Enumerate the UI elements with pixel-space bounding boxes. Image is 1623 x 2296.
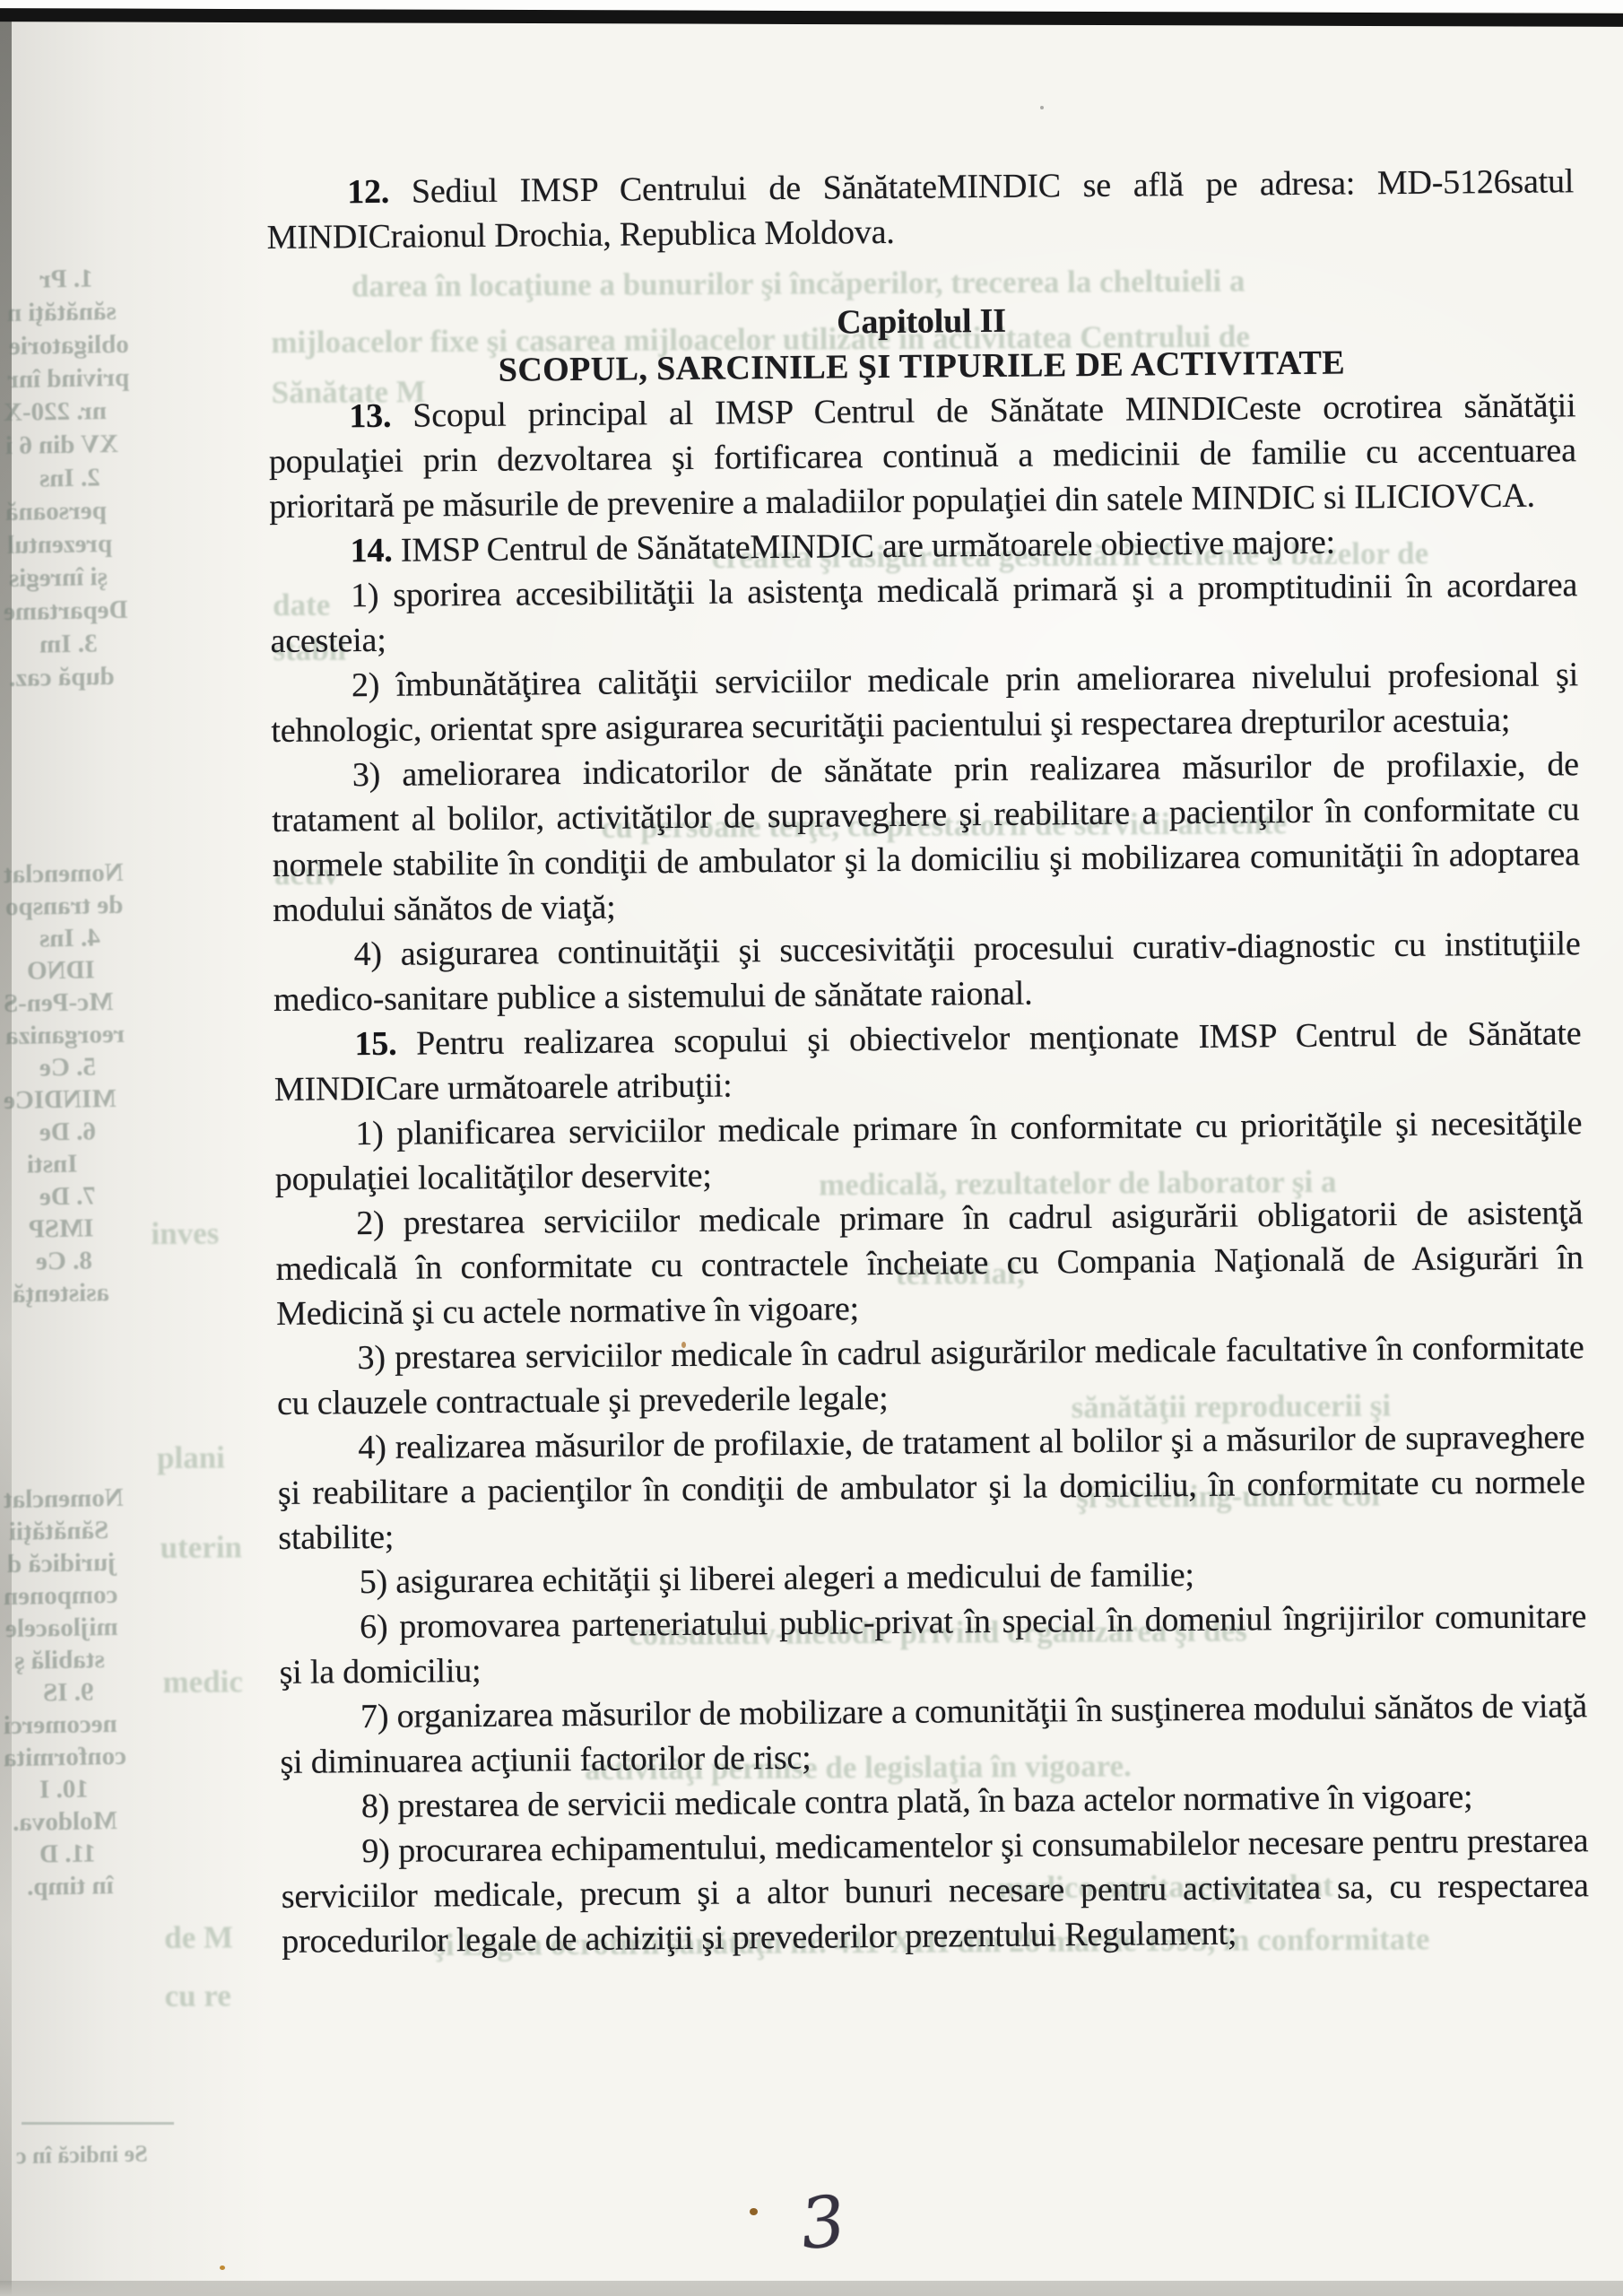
list-item: 9) procurarea echipamentului, medicament… [281,1818,1589,1964]
list-item: 2) prestarea serviciilor medicale primar… [275,1190,1584,1336]
paragraph-number: 15. [354,1025,416,1064]
paragraph-number: 14. [351,532,402,570]
bleedthrough-ghost-fragment: uterin [160,1527,242,1568]
bleedthrough-ghost-fragment: cu re [164,1976,230,2015]
bleedthrough-margin-fragment: 2. Ins [39,463,100,493]
bleedthrough-margin-fragment: în timp. [27,1871,114,1902]
paragraph: 12. Sediul IMSP Centrului de SănătateMIN… [266,159,1575,260]
bleedthrough-margin-fragment: XV din 6 i [5,430,119,461]
scan-speck [1040,106,1044,109]
bleedthrough-margin-fragment: de transpo [5,891,124,922]
list-item: 7) organizarea măsurilor de mobilizare a… [280,1683,1588,1785]
bleedthrough-margin-fragment: 6. De [39,1117,96,1147]
document-text: 12. Sediul IMSP Centrului de SănătateMIN… [266,159,1589,1964]
handwritten-page-number: 3 [796,2181,850,2266]
bleedthrough-margin-fragment: mijloacele [5,1613,118,1644]
list-item: 1) sporirea accesibilităţii la asistenţa… [270,562,1578,664]
bleedthrough-margin-fragment: 10. I [39,1775,89,1805]
scan-bottom-edge [0,2281,1623,2296]
bleedthrough-margin-fragment: Sănătăţii [9,1516,109,1547]
bleedthrough-margin-fragment: 5. Ce [39,1052,96,1083]
bleedthrough-margin-fragment: Mc-Pen-S [4,987,114,1019]
bleedthrough-margin-fragment: IMSP [29,1213,94,1244]
bleedthrough-margin-fragment: după caz. [9,662,115,693]
bleedthrough-margin-fragment: 1. Pr [39,264,93,294]
bleedthrough-margin-fragment: 3. Im [39,629,98,659]
bleedthrough-margin-fragment: asistenţă [13,1278,110,1309]
paragraph: 13. Scopul principal al IMSP Centrul de … [268,383,1576,529]
list-item: 3) prestarea serviciilor medicale în cad… [276,1325,1584,1426]
scan-speck [750,2208,758,2215]
bleedthrough-margin-fragment: Nomenclat [4,858,124,890]
bleedthrough-margin-fragment: 7. De [39,1181,96,1212]
list-item: 4) realizarea măsurilor de profilaxie, d… [277,1414,1585,1561]
list-item: 4) asigurarea continuităţii şi succesivi… [273,921,1581,1022]
paragraph-number: 12. [347,173,412,212]
bleedthrough-margin-fragment: persoană [5,496,107,527]
bleedthrough-ghost-fragment: inves [151,1214,219,1254]
bleedthrough-footnote: Se indică în c [16,2141,148,2170]
list-item: 2) îmbunătăţirea calităţii serviciilor m… [271,652,1579,753]
bleedthrough-margin-fragment: prezentul [7,529,113,561]
bleedthrough-margin-fragment: Departame [4,596,128,627]
scan-speck [220,2266,225,2270]
bleedthrough-margin-fragment: IDNO [27,955,95,986]
bleedthrough-margin-fragment: 4. Ins [39,923,100,953]
bleedthrough-margin-fragment: stabilă ş [14,1645,105,1676]
bleedthrough-margin-fragment: privind înr [7,363,130,395]
list-item: 1) planificarea serviciilor medicale pri… [274,1100,1583,1202]
bleedthrough-margin-fragment: conformita [4,1742,126,1773]
bleedthrough-margin-fragment: obligatorie [9,330,129,361]
bleedthrough-margin-fragment: juridică d [7,1548,117,1579]
paragraph-number: 13. [349,397,412,436]
paragraph: 15. Pentru realizarea scopului şi obiect… [273,1011,1582,1112]
bleedthrough-margin-fragment: 8. Ce [36,1246,92,1276]
bleedthrough-ghost-fragment: medic [162,1662,243,1702]
bleedthrough-margin-fragment: şi înregis [9,562,108,594]
list-item: 3) ameliorarea indicatorilor de sănătate… [272,742,1581,933]
bleedthrough-margin-fragment: 9. IS [43,1678,94,1709]
scanned-page: Se indică în c 1. Prsănătăţi nobligatori… [0,0,1623,2296]
bleedthrough-margin-fragment: Insti [27,1150,78,1180]
bleedthrough-margin-fragment: nr. 220-X [4,396,108,428]
bleedthrough-margin-fragment: reorganiza [5,1020,126,1051]
bleedthrough-margin-fragment: Nomenclat [4,1483,124,1515]
bleedthrough-margin-fragment: necomerci [4,1709,117,1741]
bleedthrough-ghost-fragment: plani [157,1438,225,1477]
bleedthrough-margin-fragment: componen [4,1580,118,1612]
bleedthrough-ghost-fragment: de M [164,1918,233,1957]
bleedthrough-margin-fragment: MINDICe [4,1084,117,1116]
page-left-edge [0,22,12,2296]
bleedthrough-margin-fragment: 11. D [39,1839,96,1869]
scan-speck [681,1342,686,1348]
bleedthrough-margin-fragment: Moldova. [13,1806,117,1838]
list-item: 6) promovarea parteneriatului public-pri… [279,1594,1587,1695]
bleedthrough-margin-fragment: sănătăţi n [7,297,117,328]
footnote-rule [22,2122,174,2125]
